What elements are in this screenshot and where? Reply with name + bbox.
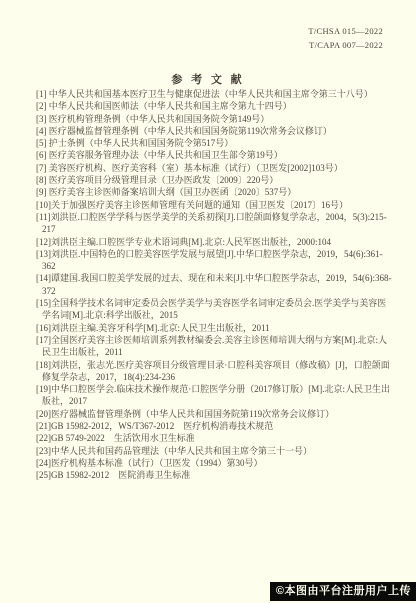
reference-text: 关于加强医疗美容主诊医师管理有关问题的通知（国卫医发〔2017〕16号） [51, 200, 348, 210]
reference-text: 谭建国.我国口腔美学发展的过去、现在和未来[J].中华口腔医学杂志，2019，5… [42, 273, 392, 295]
reference-item: [19]中华口腔医学会.临床技术操作规范·口腔医学分册（2017修订版）[M].… [36, 383, 394, 408]
reference-text: 刘洪臣主编.美容牙科学[M].北京:人民卫生出版社，2011 [51, 323, 270, 333]
reference-list: [1] 中华人民共和国基本医疗卫生与健康促进法（中华人民共和国主席令第三十八号）… [36, 88, 394, 482]
reference-number: [16] [36, 323, 51, 333]
reference-number: [4] [36, 126, 49, 136]
reference-number: [19] [36, 384, 51, 394]
reference-item: [18]刘洪臣，张志光.医疗美容项目分级管理目录·口腔科美容项目（修改稿）[J]… [36, 359, 394, 384]
reference-item: [22]GB 5749-2022 生活饮用水卫生标准 [36, 432, 394, 444]
reference-item: [13]刘洪臣.中国特色的口腔美容医学发展与展望[J].中华口腔医学杂志，201… [36, 248, 394, 273]
reference-text: 医疗机构管理条例（中华人民共和国国务院令第149号） [49, 114, 270, 124]
reference-item: [4] 医疗器械监督管理条例（中华人民共和国国务院第119次常务会议修订） [36, 125, 394, 137]
reference-text: 全国医疗美容主诊医师培训系列教材编委会.美容主诊医师培训大纲与方案[M].北京:… [42, 335, 387, 357]
reference-number: [10] [36, 200, 51, 210]
reference-item: [11]刘洪臣.口腔医学学科与医学美学的关系初探[J].口腔颌面修复学杂志，20… [36, 211, 394, 236]
reference-item: [15]全国科学技术名词审定委员会医学美学与美容医学名词审定委员会.医学美学与美… [36, 297, 394, 322]
reference-text: 护士条例（中华人民共和国国务院令第517号） [49, 138, 234, 148]
reference-number: [24] [36, 458, 51, 468]
reference-text: 医疗美容服务管理办法（中华人民共和国卫生部令第19号） [49, 150, 283, 160]
reference-number: [5] [36, 138, 49, 148]
reference-number: [9] [36, 187, 49, 197]
reference-number: [12] [36, 237, 51, 247]
reference-number: [1] [36, 89, 49, 99]
reference-number: [17] [36, 335, 51, 345]
reference-item: [8] 医疗美容项目分级管理目录（卫办医政发〔2009〕220号） [36, 174, 394, 186]
reference-number: [23] [36, 446, 51, 456]
reference-number: [6] [36, 150, 49, 160]
reference-number: [3] [36, 114, 49, 124]
reference-number: [2] [36, 101, 49, 111]
reference-text: 刘洪臣主编.口腔医学专业术语词典[M].北京:人民军医出版社，2000:104 [51, 237, 331, 247]
doc-code-chsa: T/CHSA 015—2022 [308, 24, 383, 38]
reference-text: 医疗机构基本标准（试行）（卫医发（1994）第30号） [51, 458, 263, 468]
watermark-badge: ©本图由平台注册用户上传 [270, 582, 416, 601]
reference-item: [17]全国医疗美容主诊医师培训系列教材编委会.美容主诊医师培训大纲与方案[M]… [36, 334, 394, 359]
reference-item: [25]GB 15982-2012 医院消毒卫生标准 [36, 469, 394, 481]
doc-codes: T/CHSA 015—2022 T/CAPA 007—2022 [308, 24, 383, 52]
reference-number: [25] [36, 470, 51, 480]
reference-number: [18] [36, 360, 51, 370]
reference-item: [14]谭建国.我国口腔美学发展的过去、现在和未来[J].中华口腔医学杂志，20… [36, 272, 394, 297]
reference-text: GB 15982-2012 医院消毒卫生标准 [51, 470, 190, 480]
document-page: T/CHSA 015—2022 T/CAPA 007—2022 参 考 文 献 … [0, 0, 416, 603]
reference-text: 美容医疗机构、医疗美容科（室）基本标准（试行）（卫医发[2002]103号） [49, 163, 343, 173]
reference-item: [24]医疗机构基本标准（试行）（卫医发（1994）第30号） [36, 457, 394, 469]
reference-item: [12]刘洪臣主编.口腔医学专业术语词典[M].北京:人民军医出版社，2000:… [36, 236, 394, 248]
reference-item: [9] 医疗美容主诊医师备案培训大纲（国卫办医函〔2020〕537号） [36, 186, 394, 198]
reference-text: 医疗美容项目分级管理目录（卫办医政发〔2009〕220号） [49, 175, 279, 185]
reference-item: [3] 医疗机构管理条例（中华人民共和国国务院令第149号） [36, 113, 394, 125]
reference-number: [21] [36, 421, 51, 431]
reference-item: [5] 护士条例（中华人民共和国国务院令第517号） [36, 137, 394, 149]
reference-number: [13] [36, 249, 51, 259]
reference-item: [10]关于加强医疗美容主诊医师管理有关问题的通知（国卫医发〔2017〕16号） [36, 199, 394, 211]
reference-text: 中华人民共和国药品管理法（中华人民共和国主席令第三十一号） [51, 446, 312, 456]
reference-number: [22] [36, 433, 51, 443]
doc-code-capa: T/CAPA 007—2022 [308, 38, 383, 52]
reference-text: 刘洪臣.口腔医学学科与医学美学的关系初探[J].口腔颌面修复学杂志，2004，5… [42, 212, 387, 234]
reference-text: 医疗美容主诊医师备案培训大纲（国卫办医函〔2020〕537号） [49, 187, 297, 197]
reference-item: [2] 中华人民共和国医师法（中华人民共和国主席令第九十四号） [36, 100, 394, 112]
reference-text: 中华口腔医学会.临床技术操作规范·口腔医学分册（2017修订版）[M].北京:人… [42, 384, 390, 406]
reference-number: [7] [36, 163, 49, 173]
reference-text: 医疗器械监督管理条例（中华人民共和国国务院第119次常务会议修订） [49, 126, 332, 136]
reference-item: [23]中华人民共和国药品管理法（中华人民共和国主席令第三十一号） [36, 445, 394, 457]
reference-number: [11] [36, 212, 51, 222]
reference-text: 医疗器械监督管理条例（中华人民共和国国务院第119次常务会议修订） [51, 409, 334, 419]
reference-text: 刘洪臣.中国特色的口腔美容医学发展与展望[J].中华口腔医学杂志，2019，54… [42, 249, 383, 271]
references-heading: 参 考 文 献 [0, 71, 416, 87]
reference-item: [16]刘洪臣主编.美容牙科学[M].北京:人民卫生出版社，2011 [36, 322, 394, 334]
reference-text: 中华人民共和国基本医疗卫生与健康促进法（中华人民共和国主席令第三十八号） [49, 89, 373, 99]
reference-item: [1] 中华人民共和国基本医疗卫生与健康促进法（中华人民共和国主席令第三十八号） [36, 88, 394, 100]
reference-number: [8] [36, 175, 49, 185]
reference-text: GB 5749-2022 生活饮用水卫生标准 [51, 433, 195, 443]
reference-text: 全国科学技术名词审定委员会医学美学与美容医学名词审定委员会.医学美学与美容医学名… [42, 298, 386, 320]
reference-number: [15] [36, 298, 51, 308]
reference-item: [21]GB 15982-2012，WS/T367-2012 医疗机构消毒技术规… [36, 420, 394, 432]
reference-number: [14] [36, 273, 51, 283]
reference-text: GB 15982-2012，WS/T367-2012 医疗机构消毒技术规范 [51, 421, 273, 431]
reference-item: [7] 美容医疗机构、医疗美容科（室）基本标准（试行）（卫医发[2002]103… [36, 162, 394, 174]
reference-number: [20] [36, 409, 51, 419]
reference-text: 刘洪臣，张志光.医疗美容项目分级管理目录·口腔科美容项目（修改稿）[J]，口腔颌… [42, 360, 390, 382]
reference-item: [6] 医疗美容服务管理办法（中华人民共和国卫生部令第19号） [36, 149, 394, 161]
reference-text: 中华人民共和国医师法（中华人民共和国主席令第九十四号） [49, 101, 292, 111]
reference-item: [20]医疗器械监督管理条例（中华人民共和国国务院第119次常务会议修订） [36, 408, 394, 420]
